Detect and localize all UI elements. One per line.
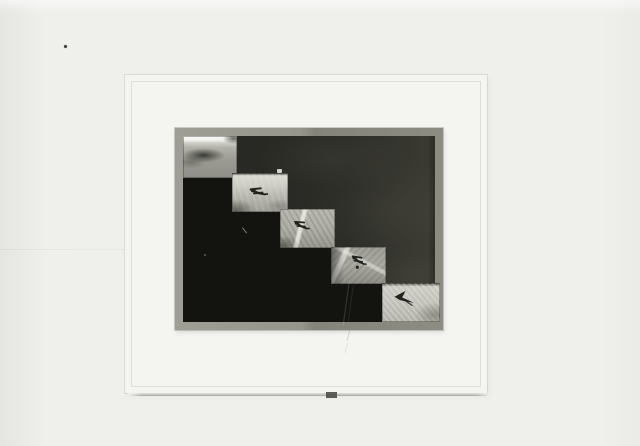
shelf-edge [128, 393, 490, 396]
photo-biplane-over-plowed-field [280, 209, 335, 248]
banking-plane-icon [390, 289, 418, 308]
biplane-icon [348, 254, 369, 271]
biplane-icon [292, 219, 312, 232]
collage-panel [175, 128, 443, 330]
photograph-of-artwork [0, 0, 640, 446]
photo-biplane-over-pale-field [232, 173, 288, 212]
photo-biplane-over-crossing-tracks [331, 247, 386, 284]
shelf-fade [476, 393, 490, 396]
panel-speck [204, 254, 206, 256]
picture-frame [125, 75, 487, 393]
biplane-icon [247, 185, 269, 200]
wall-crease-line [0, 249, 125, 250]
shelf-fade [128, 393, 142, 396]
wall-speck [64, 45, 67, 48]
white-notch [277, 169, 282, 173]
shelf-clip [326, 392, 337, 398]
photo-banking-plane-with-trail [382, 283, 440, 322]
photo-aerial-landscape [183, 136, 237, 178]
